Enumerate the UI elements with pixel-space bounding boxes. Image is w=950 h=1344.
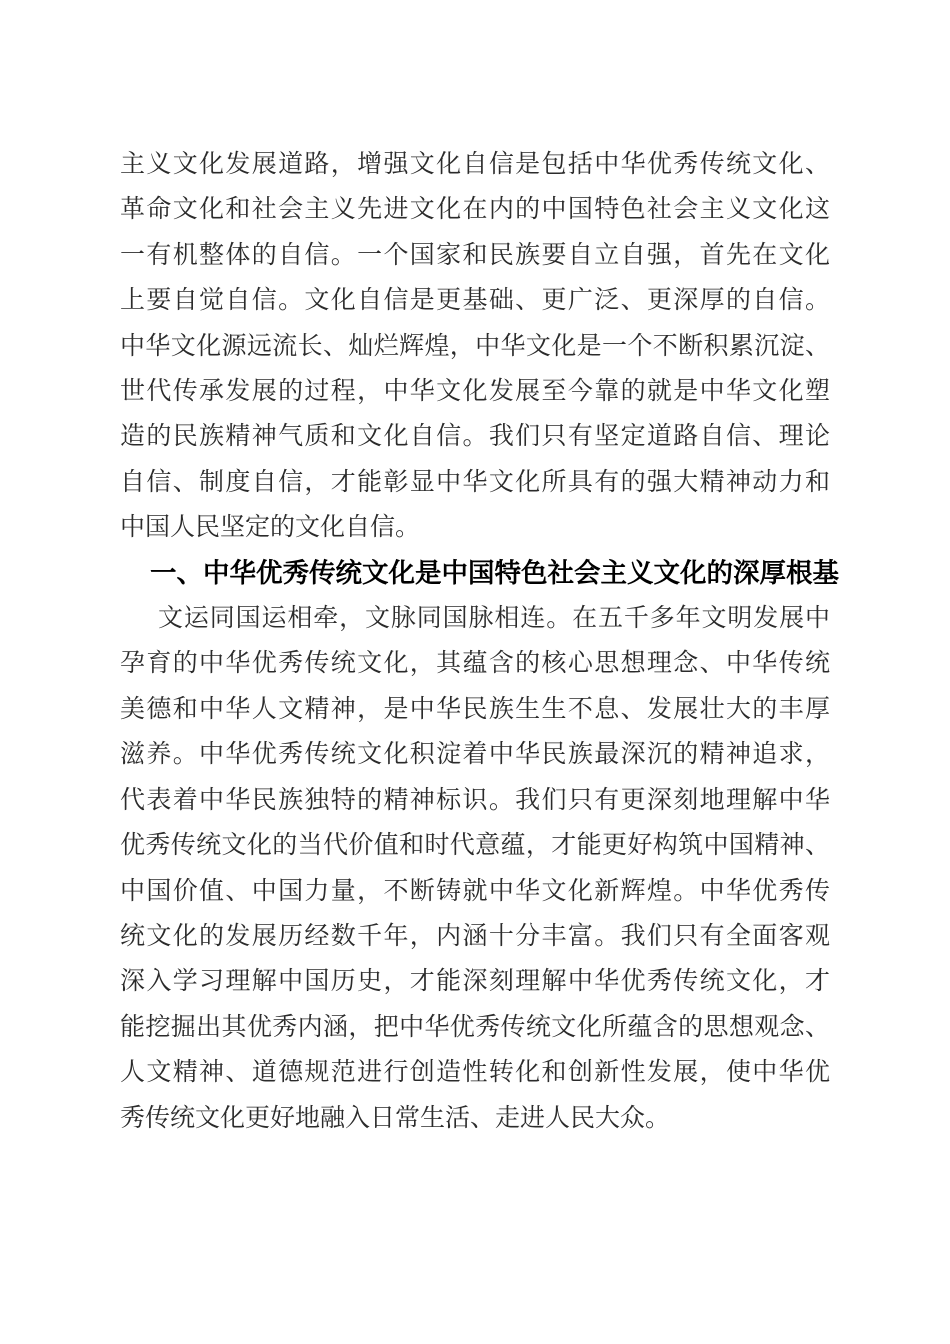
document-page: 主义文化发展道路，增强文化自信是包括中华优秀传统文化、 革命文化和社会主义先进文… xyxy=(0,0,950,1344)
text-line: 能挖掘出其优秀内涵，把中华优秀传统文化所蕴含的思想观念、 xyxy=(120,1005,830,1050)
text-line: 一有机整体的自信。一个国家和民族要自立自强，首先在文化 xyxy=(120,233,830,278)
text-line: 造的民族精神气质和文化自信。我们只有坚定道路自信、理论 xyxy=(120,414,830,459)
text-line: 深入学习理解中国历史，才能深刻理解中华优秀传统文化，才 xyxy=(120,959,830,1004)
text-line: 代表着中华民族独特的精神标识。我们只有更深刻地理解中华 xyxy=(120,778,830,823)
text-line: 人文精神、道德规范进行创造性转化和创新性发展，使中华优 xyxy=(120,1050,830,1095)
text-line: 上要自觉自信。文化自信是更基础、更广泛、更深厚的自信。 xyxy=(120,278,830,323)
text-line: 美德和中华人文精神，是中华民族生生不息、发展壮大的丰厚 xyxy=(120,687,830,732)
document-text-area[interactable]: 主义文化发展道路，增强文化自信是包括中华优秀传统文化、 革命文化和社会主义先进文… xyxy=(120,142,830,1141)
text-line: 统文化的发展历经数千年，内涵十分丰富。我们只有全面客观 xyxy=(120,914,830,959)
text-line: 世代传承发展的过程，中华文化发展至今靠的就是中华文化塑 xyxy=(120,369,830,414)
text-line: 中华文化源远流长、灿烂辉煌，中华文化是一个不断积累沉淀、 xyxy=(120,324,830,369)
text-line: 主义文化发展道路，增强文化自信是包括中华优秀传统文化、 xyxy=(120,142,830,187)
section-heading: 一、中华优秀传统文化是中国特色社会主义文化的深厚根基 xyxy=(150,551,830,596)
paragraph-continuation: 主义文化发展道路，增强文化自信是包括中华优秀传统文化、 革命文化和社会主义先进文… xyxy=(120,142,830,551)
text-line: 中国人民坚定的文化自信。 xyxy=(120,505,830,550)
text-line: 秀传统文化更好地融入日常生活、走进人民大众。 xyxy=(120,1096,830,1141)
text-line: 中国价值、中国力量，不断铸就中华文化新辉煌。中华优秀传 xyxy=(120,869,830,914)
text-line: 革命文化和社会主义先进文化在内的中国特色社会主义文化这 xyxy=(120,187,830,232)
text-line: 孕育的中华优秀传统文化，其蕴含的核心思想理念、中华传统 xyxy=(120,641,830,686)
text-line: 文运同国运相牵，文脉同国脉相连。在五千多年文明发展中 xyxy=(120,596,830,641)
text-line: 自信、制度自信，才能彰显中华文化所具有的强大精神动力和 xyxy=(120,460,830,505)
text-line: 优秀传统文化的当代价值和时代意蕴，才能更好构筑中国精神、 xyxy=(120,823,830,868)
text-line: 滋养。中华优秀传统文化积淀着中华民族最深沉的精神追求， xyxy=(120,732,830,777)
paragraph-body: 文运同国运相牵，文脉同国脉相连。在五千多年文明发展中 孕育的中华优秀传统文化，其… xyxy=(120,596,830,1141)
